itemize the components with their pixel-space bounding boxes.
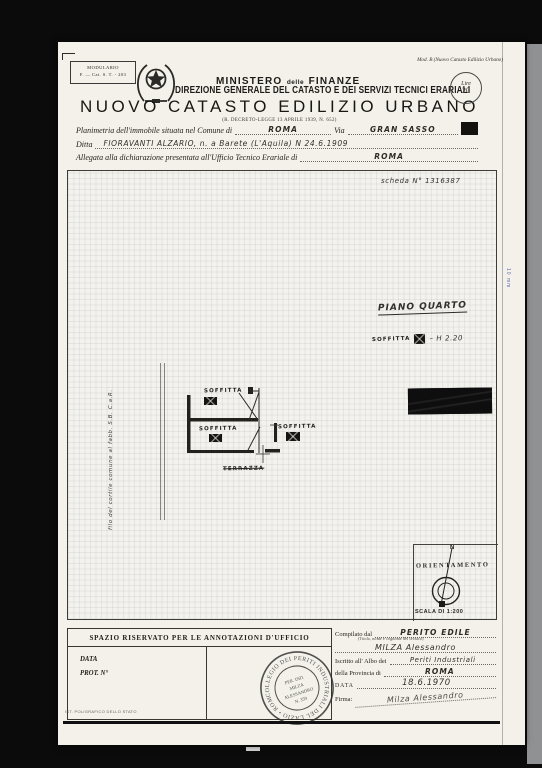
print-shop-mark: IST. POLIGRAFICO DELLO STATO (65, 709, 137, 714)
modulario-box: MODULARIO F. — Cat. S. T. - 203 (70, 61, 136, 84)
compiler-row-date: DATA 18.6.1970 (335, 676, 496, 689)
boundary-line-2 (164, 363, 165, 520)
ufficio-label: Allegata alla dichiarazione presentata a… (76, 153, 297, 162)
compiler-row-signature: Firma: Milza Alessandro (335, 689, 496, 703)
office-box-divider (206, 646, 207, 719)
signature-label: Firma: (335, 696, 352, 703)
room-label-soffitta-1: SOFFITTA (204, 388, 243, 395)
boundary-line-1 (160, 363, 161, 520)
office-box-header: SPAZIO RISERVATO PER LE ANNOTAZIONI D'UF… (68, 629, 331, 647)
form-row-ufficio: Allegata alla dichiarazione presentata a… (76, 147, 478, 162)
scanner-edge-strip (527, 44, 542, 764)
compiler-date-value: 18.6.1970 (357, 679, 496, 689)
scale-note: SCALA DI 1:200 (415, 609, 463, 615)
terrace-label: TERRAZZA (223, 466, 264, 473)
page-fold-line (502, 42, 503, 745)
boundary-handwritten-note: filo del cortile comune al fabb. S.B. C.… (108, 358, 114, 530)
scanner-artifact-dash (246, 747, 260, 751)
attic-note-height: – H 2.20 (429, 334, 463, 343)
modulario-line1: MODULARIO (71, 64, 135, 71)
signature-value: Milza Alessandro (355, 689, 496, 708)
scanned-cadastral-document: { "header": { "modulario_line1": "MODULA… (0, 0, 542, 768)
scheda-number-note: scheda N° 1316387 (381, 177, 461, 185)
room-symbol-1 (204, 397, 217, 405)
attic-height-note: SOFFITTA – H 2.20 (372, 333, 463, 345)
bottom-rule (63, 721, 500, 724)
room-symbol-2 (209, 434, 222, 442)
corner-crop-mark (62, 53, 75, 60)
document-page: MODULARIO F. — Cat. S. T. - 203 MINISTER… (58, 42, 525, 745)
mod-b-note: Mod. B (Nuovo Catasto Edilizio Urbano) (417, 57, 503, 63)
ufficio-value: ROMA (300, 153, 478, 162)
stamp-inner-4: N. 359 (294, 695, 308, 704)
margin-ruler-note: 10 mm (505, 268, 511, 288)
room-symbol-3 (286, 432, 300, 441)
room-label-soffitta-2: SOFFITTA (199, 426, 238, 433)
modulario-line2: F. — Cat. S. T. - 203 (71, 71, 135, 78)
direzione-line: DIREZIONE GENERALE DEL CATASTO E DEI SER… (175, 85, 470, 96)
compass-icon (426, 544, 474, 616)
attic-note-symbol (414, 334, 425, 344)
lire-duty-stamp: Lire 20 (450, 72, 482, 104)
form-row-comune: Planimetria dell'immobile situata nel Co… (76, 120, 478, 135)
redaction-block (408, 388, 492, 415)
room-label-soffitta-3: SOFFITTA (278, 424, 317, 431)
document-title: NUOVO CATASTO EDILIZIO URBANO (58, 97, 501, 117)
lire-value: 20 (462, 87, 470, 96)
office-date-label: DATA (80, 656, 97, 663)
office-protocol-label: PROT. N° (80, 670, 108, 677)
attic-note-label: SOFFITTA (372, 336, 411, 343)
